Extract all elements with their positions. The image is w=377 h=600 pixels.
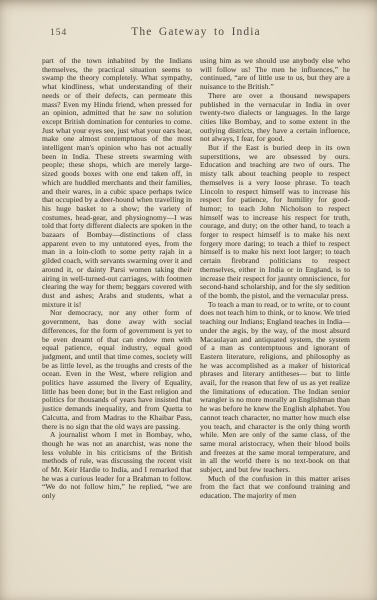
- book-page: 154 The Gateway to India part of the tow…: [0, 0, 377, 600]
- page-content: 154 The Gateway to India part of the tow…: [42, 24, 350, 501]
- page-number: 154: [50, 28, 67, 38]
- page-title: The Gateway to India: [42, 24, 350, 38]
- paragraph: But if the East is buried deep in its ow…: [200, 144, 350, 301]
- paragraph: To teach a man to read, or to write, or …: [200, 301, 350, 475]
- page-header: 154 The Gateway to India: [42, 24, 350, 44]
- paragraph: using him as we should use anybody else …: [200, 57, 350, 92]
- paragraph: Much of the confusion in this matter ari…: [200, 475, 350, 501]
- paragraph: part of the town inhabited by the Indian…: [42, 57, 192, 309]
- paragraph: Nor democracy, nor any other form of gov…: [42, 309, 192, 431]
- left-column: part of the town inhabited by the Indian…: [42, 57, 192, 501]
- text-columns: part of the town inhabited by the Indian…: [42, 57, 350, 501]
- paragraph: There are over a thousand newspapers pub…: [200, 92, 350, 144]
- paragraph: A journalist whom I met in Bombay, who, …: [42, 431, 192, 501]
- right-column: using him as we should use anybody else …: [200, 57, 350, 501]
